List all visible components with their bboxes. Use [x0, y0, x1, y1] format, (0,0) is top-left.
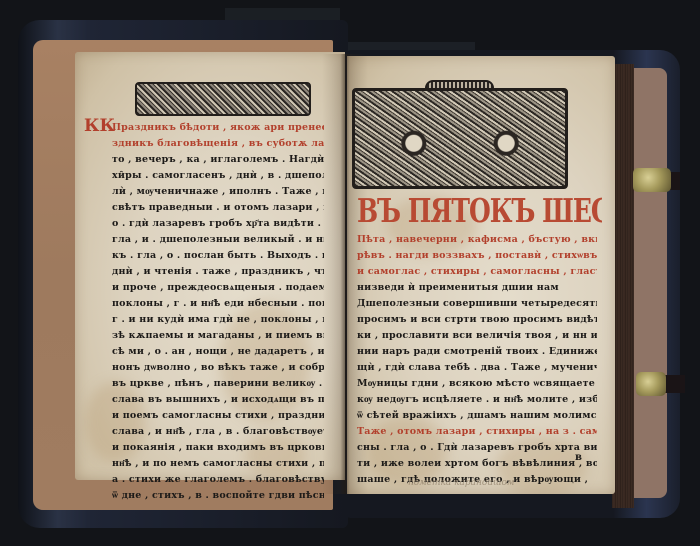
text-line: въ цркве , пѣнъ , паверини великѹ . и по — [112, 376, 324, 392]
headpiece-ornament-icon — [352, 88, 568, 189]
text-line: то , вечеръ , ка , иглаголемъ . Нагдѝ во… — [112, 152, 324, 168]
right-page-text: Пѣта , навечерни , кафисма , бъстую , вк… — [357, 232, 597, 488]
text-line: и самоглас , стихиры , самогласны , глас… — [357, 264, 597, 280]
text-line: ѿ дне , стихъ , в . воспойте гдви пѣснь … — [112, 488, 324, 504]
text-line: поклоны , г . и нн҃ѣ еди нбесныи . покло… — [112, 296, 324, 312]
text-line: г . и ни кудѝ има гдѝ не , поклоны , г .… — [112, 312, 324, 328]
text-line: зѣ кѫпаемы и магаданы , и пиемъ вино . п… — [112, 328, 324, 344]
text-line: ти , иже волеи хртом богъ вѣвѣлиния , во… — [357, 456, 597, 472]
text-line: слава въ вышнихъ , и исходѧщи въ притвор… — [112, 392, 324, 408]
text-line: и проче , преждеосвѧщеныя . подаемъ испр… — [112, 280, 324, 296]
text-line: слава , и нн҃ѣ , гла , в . благовѣствѹет… — [112, 424, 324, 440]
text-line: Мѹницы гдни , всякою мѣсто ѡсвящаете , и… — [357, 376, 597, 392]
text-line: здникъ благовѣщенія , въ суботѫ лазаревѫ… — [112, 136, 324, 152]
text-line: низведи ѝ преименитыя дшии нам — [357, 280, 597, 296]
left-page-text: Праздникъ бѣдоти , якож ари пренесетсѧ п… — [112, 120, 324, 504]
folio-number: КК — [84, 116, 115, 136]
text-line: нии наръ ради смотреній твоих . Единиже … — [357, 344, 597, 360]
text-line: сны . гла , о . Гдѝ лазаревъ гробъ хрта … — [357, 440, 597, 456]
text-line: и покаянія , паки входимъ въ црковь . Не… — [112, 440, 324, 456]
text-line: а . стихи же глаголемъ . благовѣствуйте … — [112, 472, 324, 488]
headpiece-ornament-icon — [135, 82, 311, 116]
text-line: просимъ и вси стрти твою просимъ видѣти … — [357, 312, 597, 328]
text-line: ки , прославити вси величія твоя , и нн … — [357, 328, 597, 344]
text-line: гла , и . дшеполезныи великый . и нн҃ѣ ,… — [112, 232, 324, 248]
text-line: Пѣта , навечерни , кафисма , бъстую , вк… — [357, 232, 597, 248]
text-line: хи̑ры . самогласенъ , днѝ , в . дшеполез… — [112, 168, 324, 184]
text-line: о . гдѝ лазаревъ гробъ хр҃та видѣти . гл… — [112, 216, 324, 232]
text-line: свѣтъ праведныи . и отомъ лазари , г . г… — [112, 200, 324, 216]
text-line: кѹ недѹгъ исцѣляете . и нн҃ѣ молите , из… — [357, 392, 597, 408]
text-line: щѝ , гдѝ слава тебѣ . два . Таже , мучен… — [357, 360, 597, 376]
text-line: днѝ , и чтенія . таже , праздникъ , чтен… — [112, 264, 324, 280]
text-line: нонъ дѡволно , во вѣкъ таже , и собравши… — [112, 360, 324, 376]
pencil-annotation: пометка карандашом — [408, 478, 514, 488]
chapter-title: ВЪ ПЯТОКЪ ШЕСТЫЯ НЕДѢЛИ СТЫЯ ЧЕТЫРЕДЕСЯТ… — [357, 192, 602, 230]
fore-edge — [612, 64, 634, 508]
text-line: и поемъ самогласны стихи , празднику , г… — [112, 408, 324, 424]
clasp-icon — [633, 168, 671, 192]
clasp-icon — [636, 372, 666, 396]
text-line: рѣвъ . нагди воззвахъ , поставѝ , стихѡв… — [357, 248, 597, 264]
text-line: къ . гла , о . послан быть . Выходъ . пр… — [112, 248, 324, 264]
text-line: лѝ , мѹченичнаже , иполнъ . Таже , пра ,… — [112, 184, 324, 200]
text-line: Таже , отомъ лазари , стихиры , на з . с… — [357, 424, 597, 440]
text-line: сѣ ми , о . ан , нощи , не дадаретъ , и … — [112, 344, 324, 360]
text-line: нн҃ѣ , и по немъ самогласны стихи , праз… — [112, 456, 324, 472]
text-line: ѿ сѣтей вражіихъ , дшамъ нашим молимся . — [357, 408, 597, 424]
text-line: Праздникъ бѣдоти , якож ари пренесетсѧ п… — [112, 120, 324, 136]
text-line: Дшеполезныи совершивши четыредесятницы ,… — [357, 296, 597, 312]
signature-mark: в — [575, 452, 582, 463]
